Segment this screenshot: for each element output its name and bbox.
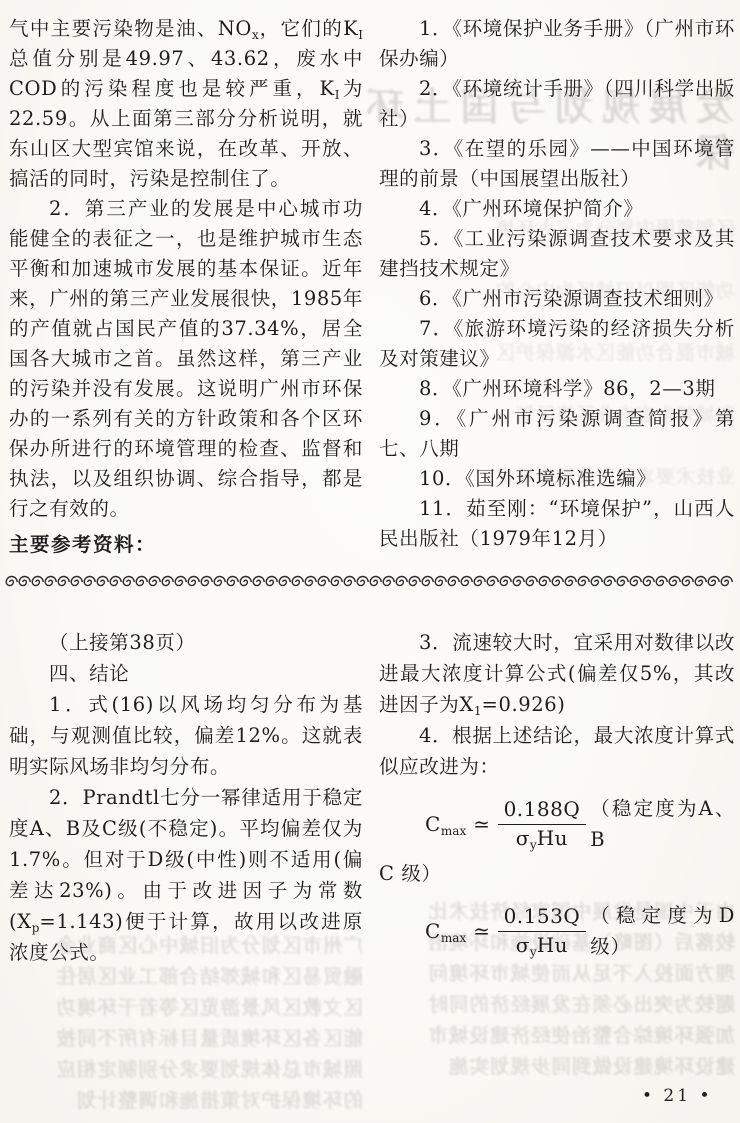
body-paragraph: 2．Prandtl七分一幂律适用于稳定度A、B及C级(不稳定)。平均偏差仅为1.…	[9, 782, 363, 968]
spiral-icon	[44, 572, 57, 592]
reference-item: 2．《环境统计手册》（四川科学出版社）	[379, 74, 735, 134]
spiral-icon	[512, 572, 525, 592]
spiral-icon	[395, 572, 408, 592]
spiral-icon	[486, 572, 499, 592]
spiral-icon	[369, 572, 382, 592]
spiral-icon	[382, 572, 395, 592]
body-paragraph: 1．式(16)以风场均匀分布为基础，与观测值比较，偏差12%。这就表明实际风场非…	[9, 689, 363, 782]
approx-symbol: ≃	[473, 916, 490, 947]
spiral-icon	[239, 572, 252, 592]
spiral-icon	[668, 572, 681, 592]
references-column: 1．《环境保护业务手册》（广州市环保办编） 2．《环境统计手册》（四川科学出版社…	[379, 14, 735, 554]
fraction-numerator: 0.153Q	[498, 905, 587, 932]
body-paragraph: 气中主要污染物是油、NOx，它们的KI总值分别是49.97、43.62，废水中C…	[9, 14, 363, 194]
spiral-icon	[473, 572, 486, 592]
spiral-icon	[616, 572, 629, 592]
formula-note-wrap: C 级）	[379, 858, 735, 889]
bottom-article-left-column: （上接第38页） 四、结论 1．式(16)以风场均匀分布为基础，与观测值比较，偏…	[9, 627, 363, 968]
formula-cmax-stability-d: Cmax ≃ 0.153Q σyHu （稳定度为D级）	[425, 900, 735, 962]
top-article-left-column: 气中主要污染物是油、NOx，它们的KI总值分别是49.97、43.62，废水中C…	[9, 14, 363, 560]
formula-cmax-stability-abc: Cmax ≃ 0.188Q σyHu （稳定度为A、B	[425, 793, 735, 855]
approx-symbol: ≃	[473, 809, 490, 840]
formula-note: （稳定度为D级）	[590, 900, 735, 962]
fraction: 0.188Q σyHu	[498, 798, 587, 850]
reference-item: 8．《广州环境科学》86，2—3期	[379, 374, 735, 404]
spiral-icon	[109, 572, 122, 592]
spiral-icon	[343, 572, 356, 592]
spiral-icon	[330, 572, 343, 592]
reference-item: 1．《环境保护业务手册》（广州市环保办编）	[379, 14, 735, 74]
spiral-icon	[213, 572, 226, 592]
reference-item: 6．《广州市污染源调查技术细则》	[379, 284, 735, 314]
section-divider-ornament	[5, 571, 737, 593]
spiral-icon	[590, 572, 603, 592]
spiral-icon	[434, 572, 447, 592]
spiral-icon	[265, 572, 278, 592]
fraction-denominator: σyHu	[498, 825, 587, 850]
spiral-icon	[278, 572, 291, 592]
spiral-icon	[226, 572, 239, 592]
spiral-icon	[57, 572, 70, 592]
scanned-journal-page: 发展规划与国土环保区划范围内划分为三大环境 功能区即以旧城区为中心的 城市混合功…	[0, 0, 740, 1123]
fraction: 0.153Q σyHu	[498, 905, 587, 957]
spiral-icon	[655, 572, 668, 592]
reference-item: 11．茹至刚：“环境保护”，山西人民出版社（1979年12月）	[379, 494, 735, 554]
reference-item: 10．《国外环境标准选编》	[379, 464, 735, 494]
spiral-icon	[96, 572, 109, 592]
spiral-icon	[83, 572, 96, 592]
fraction-denominator: σyHu	[498, 932, 587, 957]
spiral-icon	[460, 572, 473, 592]
spiral-icon	[161, 572, 174, 592]
spiral-icon	[421, 572, 434, 592]
spiral-icon	[356, 572, 369, 592]
fraction-numerator: 0.188Q	[498, 798, 587, 825]
body-paragraph: 2．第三产业的发展是中心城市功能健全的表征之一，也是维护城市生态平衡和加速城市发…	[9, 194, 363, 524]
reference-item: 4．《广州环境保护简介》	[379, 194, 735, 224]
spiral-icon	[720, 572, 733, 592]
spiral-icon	[252, 572, 265, 592]
spiral-icon	[5, 572, 18, 592]
reference-item: 3．《在望的乐园》——中国环境管理的前景（中国展望出版社）	[379, 134, 735, 194]
conclusion-section-heading: 四、结论	[9, 658, 363, 689]
spiral-icon	[564, 572, 577, 592]
spiral-icon	[538, 572, 551, 592]
spiral-icon	[122, 572, 135, 592]
spiral-icon	[525, 572, 538, 592]
formula-lhs: Cmax	[425, 809, 466, 840]
spiral-icon	[18, 572, 31, 592]
spiral-icon	[551, 572, 564, 592]
spiral-icon	[629, 572, 642, 592]
bottom-article-right-column: 3．流速较大时，宜采用对数律以改进最大浓度计算公式(偏差仅5%，其改进因子为X1…	[379, 627, 735, 962]
spiral-icon	[148, 572, 161, 592]
spiral-icon	[135, 572, 148, 592]
spiral-icon	[681, 572, 694, 592]
spiral-icon	[317, 572, 330, 592]
spiral-icon	[174, 572, 187, 592]
page-number: • 21 •	[642, 1086, 713, 1106]
spiral-icon	[499, 572, 512, 592]
spiral-icon	[70, 572, 83, 592]
spiral-icon	[200, 572, 213, 592]
reference-item: 7．《旅游环境污染的经济损失分析及对策建议》	[379, 314, 735, 374]
spiral-icon	[603, 572, 616, 592]
body-paragraph: 3．流速较大时，宜采用对数律以改进最大浓度计算公式(偏差仅5%，其改进因子为X1…	[379, 627, 735, 720]
reference-item: 5．《工业污染源调查技术要求及其建挡技术规定》	[379, 224, 735, 284]
spiral-icon	[642, 572, 655, 592]
spiral-icon	[694, 572, 707, 592]
spiral-icon	[304, 572, 317, 592]
formula-lhs: Cmax	[425, 916, 466, 947]
spiral-icon	[291, 572, 304, 592]
spiral-icon	[408, 572, 421, 592]
spiral-icon	[447, 572, 460, 592]
references-heading: 主要参考资料：	[9, 530, 363, 560]
spiral-icon	[187, 572, 200, 592]
spiral-icon	[577, 572, 590, 592]
reference-item: 9．《广州市污染源调查简报》第七、八期	[379, 404, 735, 464]
spiral-icon	[31, 572, 44, 592]
continued-from-note: （上接第38页）	[9, 627, 363, 658]
body-paragraph: 4．根据上述结论，最大浓度计算式似应改进为：	[379, 720, 735, 782]
spiral-icon	[707, 572, 720, 592]
formula-note: （稳定度为A、B	[590, 793, 735, 855]
